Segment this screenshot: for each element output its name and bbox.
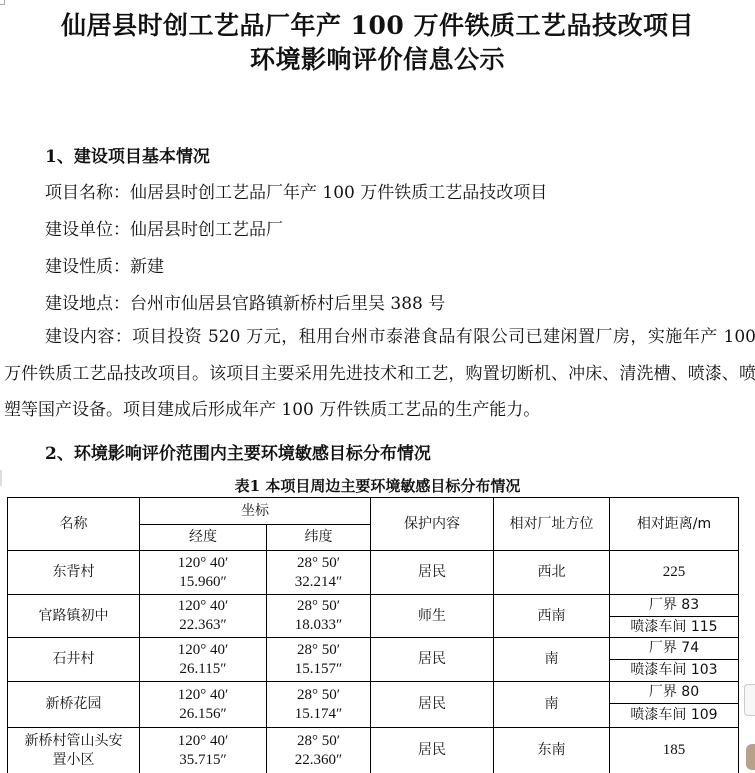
cell-distance-workshop: 喷漆车间 109 [610,704,739,728]
cell-lat: 28° 50′32.214″ [267,551,371,595]
build-content: 建设内容：项目投资 520 万元，租用台州市泰港食品有限公司已建闲置厂房，实施年… [4,319,755,429]
table-row: 东背村 120° 40′15.960″ 28° 50′32.214″ 居民 西北… [8,551,739,595]
cell-distance-boundary: 厂界 80 [610,682,739,704]
sensitive-targets-table: 名称 坐标 保护内容 相对厂址方位 相对距离/m 经度 纬度 东背村 120° … [7,497,739,773]
cell-protect: 居民 [371,682,494,728]
cell-lat: 28° 50′15.174″ [267,682,371,728]
cell-protect: 居民 [371,551,494,595]
build-location: 建设地点：台州市仙居县官路镇新桥村后里吴 388 号 [45,289,445,314]
section1-heading: 1、建设项目基本情况 [45,142,210,167]
cell-lon: 120° 40′35.715″ [140,728,267,773]
cell-distance: 225 [610,551,739,595]
build-nature: 建设性质：新建 [45,252,164,277]
header-lon: 经度 [140,525,267,551]
cell-direction: 南 [494,682,610,728]
table-row: 新桥花园 120° 40′26.156″ 28° 50′15.174″ 居民 南… [8,682,739,704]
table-caption: 表1 本项目周边主要环境敏感目标分布情况 [0,475,755,496]
cell-lat: 28° 50′22.360″ [267,728,371,773]
table-row: 新桥村管山头安置小区 120° 40′35.715″ 28° 50′22.360… [8,728,739,773]
cell-direction: 南 [494,638,610,682]
page-corner-mark [0,0,5,5]
cell-distance-boundary: 厂界 83 [610,595,739,617]
cell-protect: 师生 [371,595,494,638]
cell-direction: 西北 [494,551,610,595]
header-lat: 纬度 [267,525,371,551]
builder: 建设单位：仙居县时创工艺品厂 [45,215,283,240]
table-row: 石井村 120° 40′26.115″ 28° 50′15.157″ 居民 南 … [8,638,739,660]
cell-lon: 120° 40′26.156″ [140,682,267,728]
cell-lat: 28° 50′18.033″ [267,595,371,638]
header-protect: 保护内容 [371,498,494,551]
cell-direction: 东南 [494,728,610,773]
cell-distance-workshop: 喷漆车间 103 [610,660,739,682]
doc-title-line2: 环境影响评价信息公示 [0,40,755,76]
project-name: 项目名称：仙居县时创工艺品厂年产 100 万件铁质工艺品技改项目 [45,178,547,203]
cell-name: 新桥花园 [8,682,140,728]
section2-heading: 2、环境影响评价范围内主要环境敏感目标分布情况 [45,439,431,464]
cell-lon: 120° 40′15.960″ [140,551,267,595]
cell-lon: 120° 40′22.363″ [140,595,267,638]
cell-name: 新桥村管山头安置小区 [8,728,140,773]
header-coord: 坐标 [140,498,371,525]
assistant-mascot-icon[interactable] [746,744,755,770]
cell-name: 东背村 [8,551,140,595]
cell-name: 石井村 [8,638,140,682]
header-name: 名称 [8,498,140,551]
doc-title-line1: 仙居县时创工艺品厂年产 100 万件铁质工艺品技改项目 [0,6,755,42]
cell-protect: 居民 [371,728,494,773]
cell-distance: 185 [610,728,739,773]
cell-lat: 28° 50′15.157″ [267,638,371,682]
table-row: 官路镇初中 120° 40′22.363″ 28° 50′18.033″ 师生 … [8,595,739,617]
cell-distance-boundary: 厂界 74 [610,638,739,660]
header-direction: 相对厂址方位 [494,498,610,551]
cell-distance-workshop: 喷漆车间 115 [610,617,739,638]
floating-tool-button[interactable] [744,684,755,716]
cell-direction: 西南 [494,595,610,638]
cell-protect: 居民 [371,638,494,682]
header-distance: 相对距离/m [610,498,739,551]
cell-lon: 120° 40′26.115″ [140,638,267,682]
cell-name: 官路镇初中 [8,595,140,638]
